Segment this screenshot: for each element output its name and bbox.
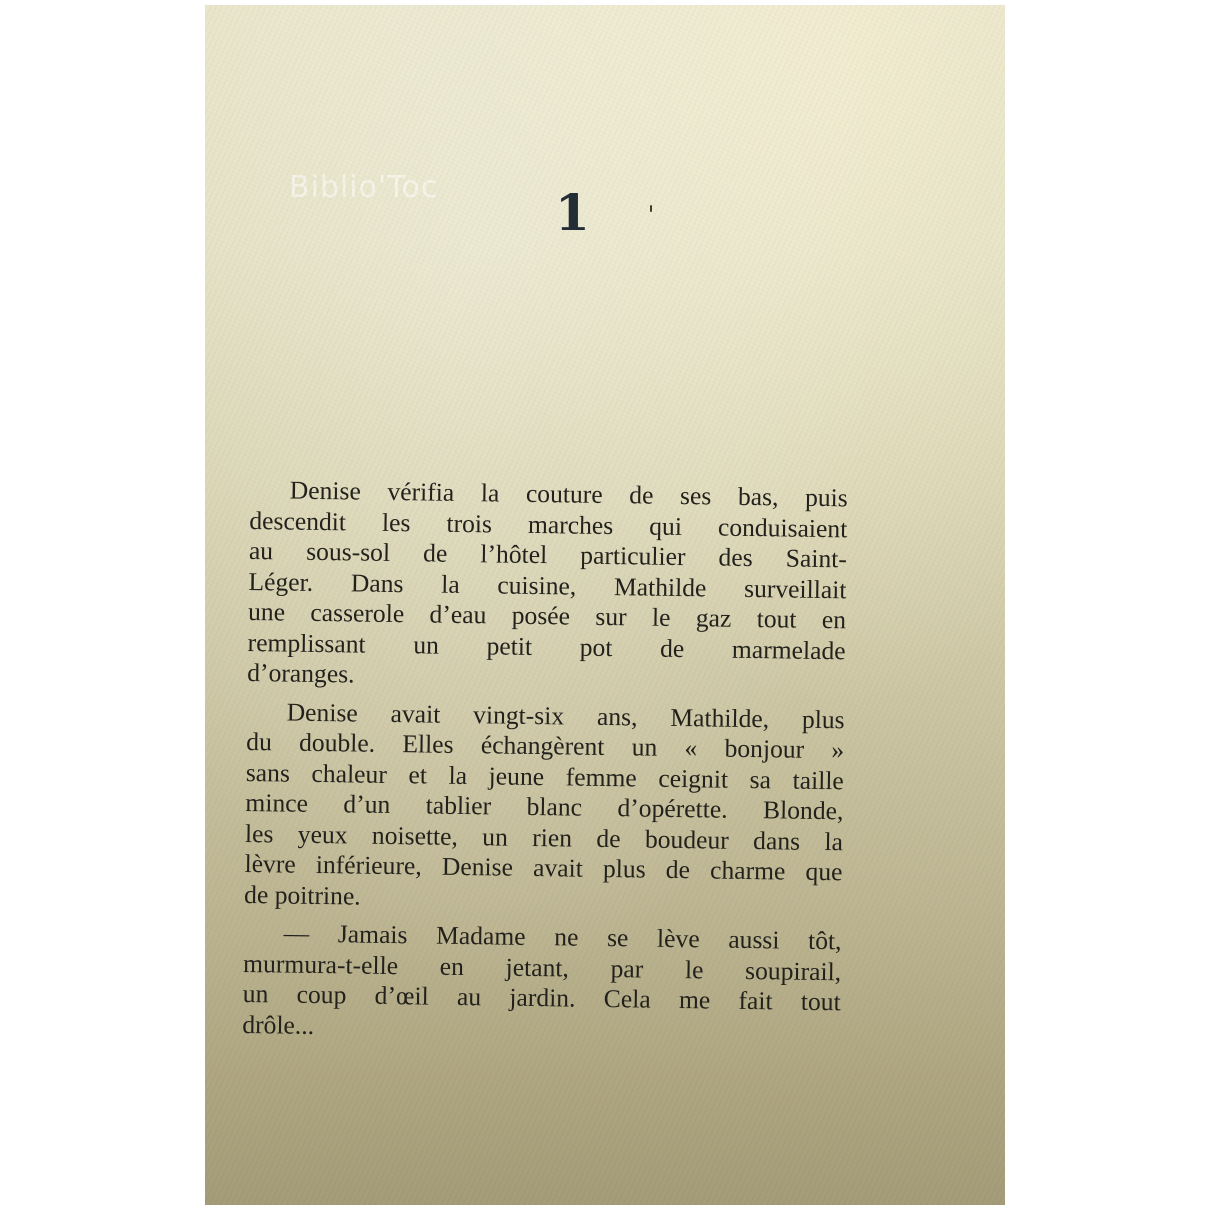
paragraph: — Jamais Madame ne se lève aussi tôt, mu… [242, 918, 842, 1048]
book-page: Biblio'Toc 1 Denise vérifia la couture d… [205, 5, 1005, 1205]
chapter-number: 1 [555, 183, 590, 242]
watermark: Biblio'Toc [289, 170, 438, 205]
paragraph: Denise vérifia la couture de ses bas, pu… [247, 475, 848, 697]
ink-speck [650, 205, 652, 212]
paragraph: Denise avait vingt-six ans, Mathilde, pl… [244, 696, 845, 918]
body-text: Denise vérifia la couture de ses bas, pu… [242, 475, 848, 1048]
